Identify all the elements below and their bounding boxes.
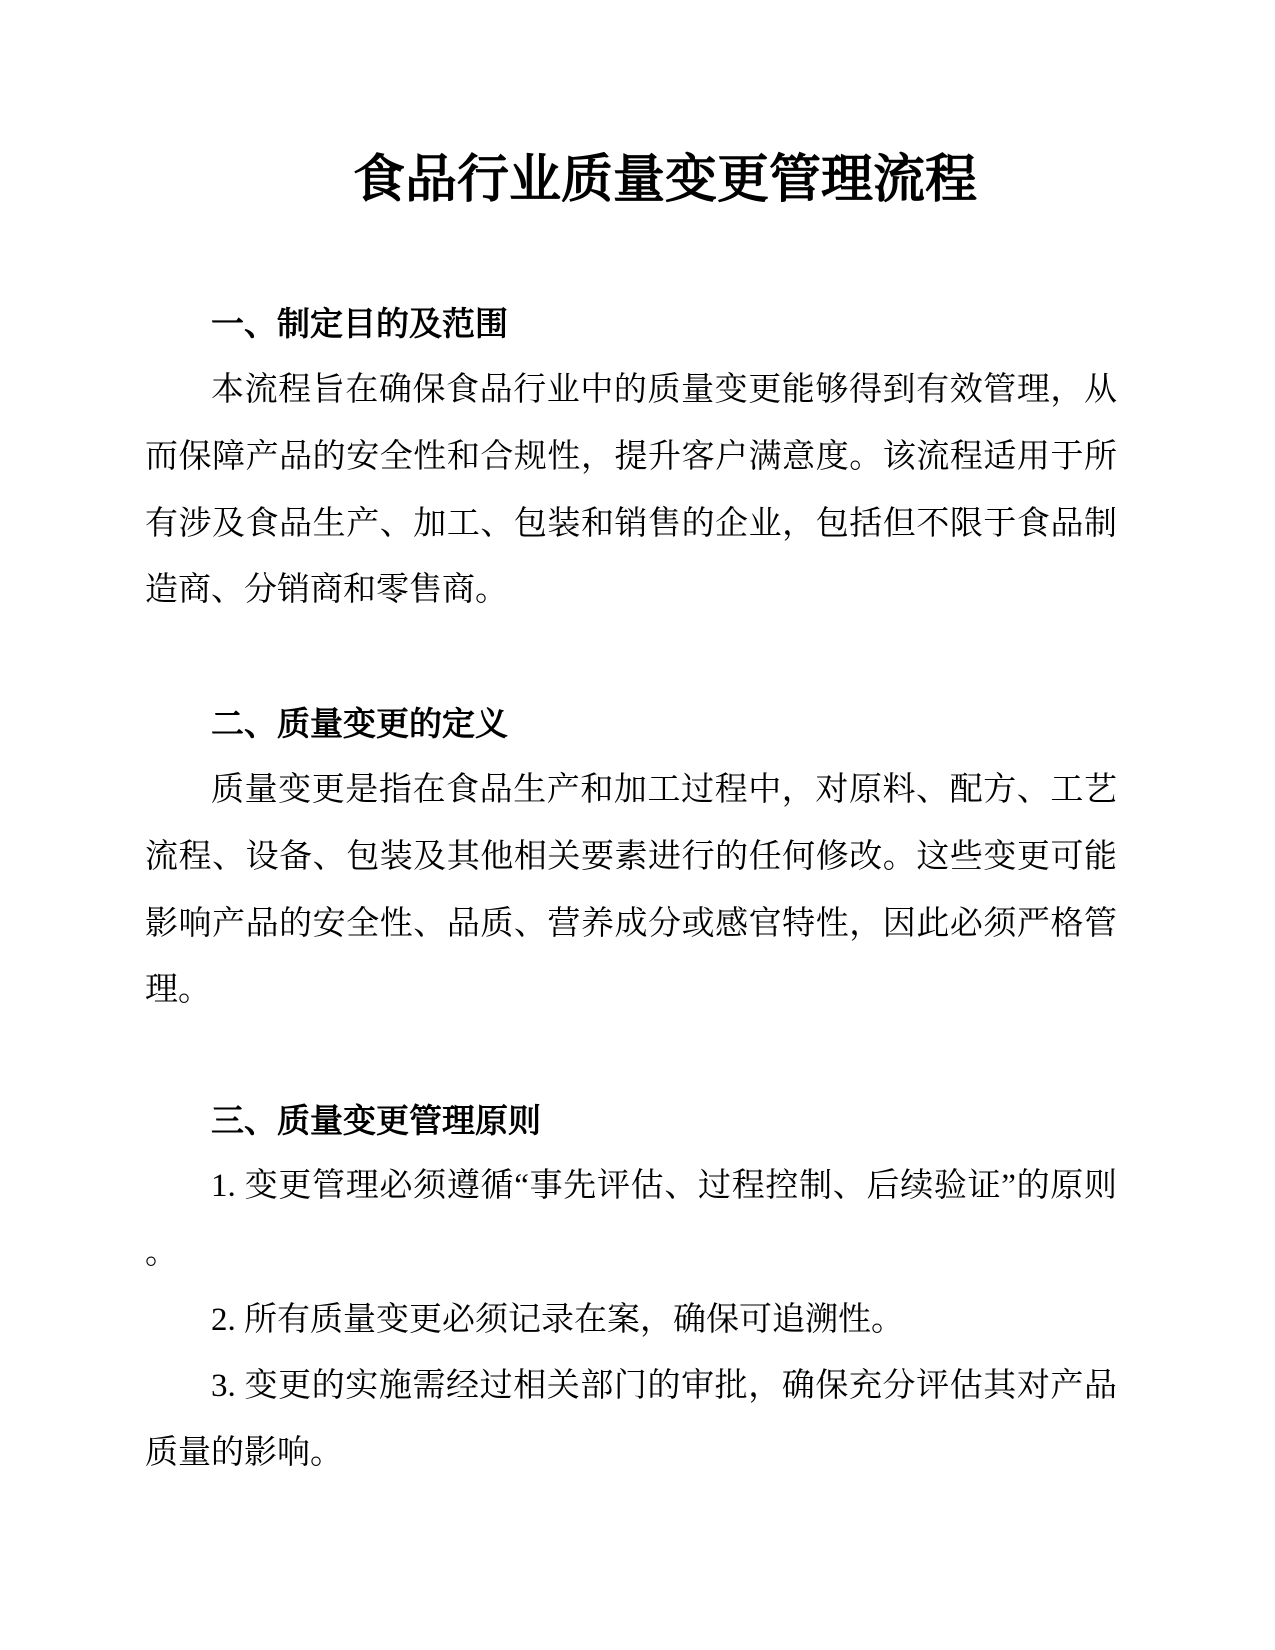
paragraph-line: 质量变更是指在食品生产和加工过程中，对原料、配方、工艺 xyxy=(145,757,1117,824)
paragraph-line: 理。 xyxy=(145,957,1117,1024)
list-item-3-line: 3. 变更的实施需经过相关部门的审批，确保充分评估其对产品 xyxy=(145,1353,1117,1420)
document-page: 食品行业质量变更管理流程 一、制定目的及范围 本流程旨在确保食品行业中的质量变更… xyxy=(0,0,1275,1650)
section-2-paragraph-1: 质量变更是指在食品生产和加工过程中，对原料、配方、工艺 流程、设备、包装及其他相… xyxy=(145,757,1117,1024)
paragraph-line: 流程、设备、包装及其他相关要素进行的任何修改。这些变更可能 xyxy=(145,824,1117,891)
section-3-list: 1. 变更管理必须遵循“事先评估、过程控制、后续验证”的原则 。 2. 所有质量… xyxy=(145,1153,1117,1487)
paragraph-line: 有涉及食品生产、加工、包装和销售的企业，包括但不限于食品制 xyxy=(145,491,1117,558)
paragraph-line: 本流程旨在确保食品行业中的质量变更能够得到有效管理，从 xyxy=(145,357,1117,424)
section-1-paragraph-1: 本流程旨在确保食品行业中的质量变更能够得到有效管理，从 而保障产品的安全性和合规… xyxy=(145,357,1117,624)
section-3-heading: 三、质量变更管理原则 xyxy=(145,1087,1117,1154)
list-item-1-line: 。 xyxy=(145,1220,1117,1287)
list-item-2-line: 2. 所有质量变更必须记录在案，确保可追溯性。 xyxy=(145,1287,1117,1354)
paragraph-line: 造商、分销商和零售商。 xyxy=(145,557,1117,624)
section-1-heading: 一、制定目的及范围 xyxy=(145,290,1117,357)
document-title: 食品行业质量变更管理流程 xyxy=(145,138,1117,222)
list-item-1-line: 1. 变更管理必须遵循“事先评估、过程控制、后续验证”的原则 xyxy=(145,1153,1117,1220)
list-item-3-line: 质量的影响。 xyxy=(145,1420,1117,1487)
paragraph-line: 而保障产品的安全性和合规性，提升客户满意度。该流程适用于所 xyxy=(145,424,1117,491)
paragraph-line: 影响产品的安全性、品质、营养成分或感官特性，因此必须严格管 xyxy=(145,891,1117,958)
section-2-heading: 二、质量变更的定义 xyxy=(145,690,1117,757)
